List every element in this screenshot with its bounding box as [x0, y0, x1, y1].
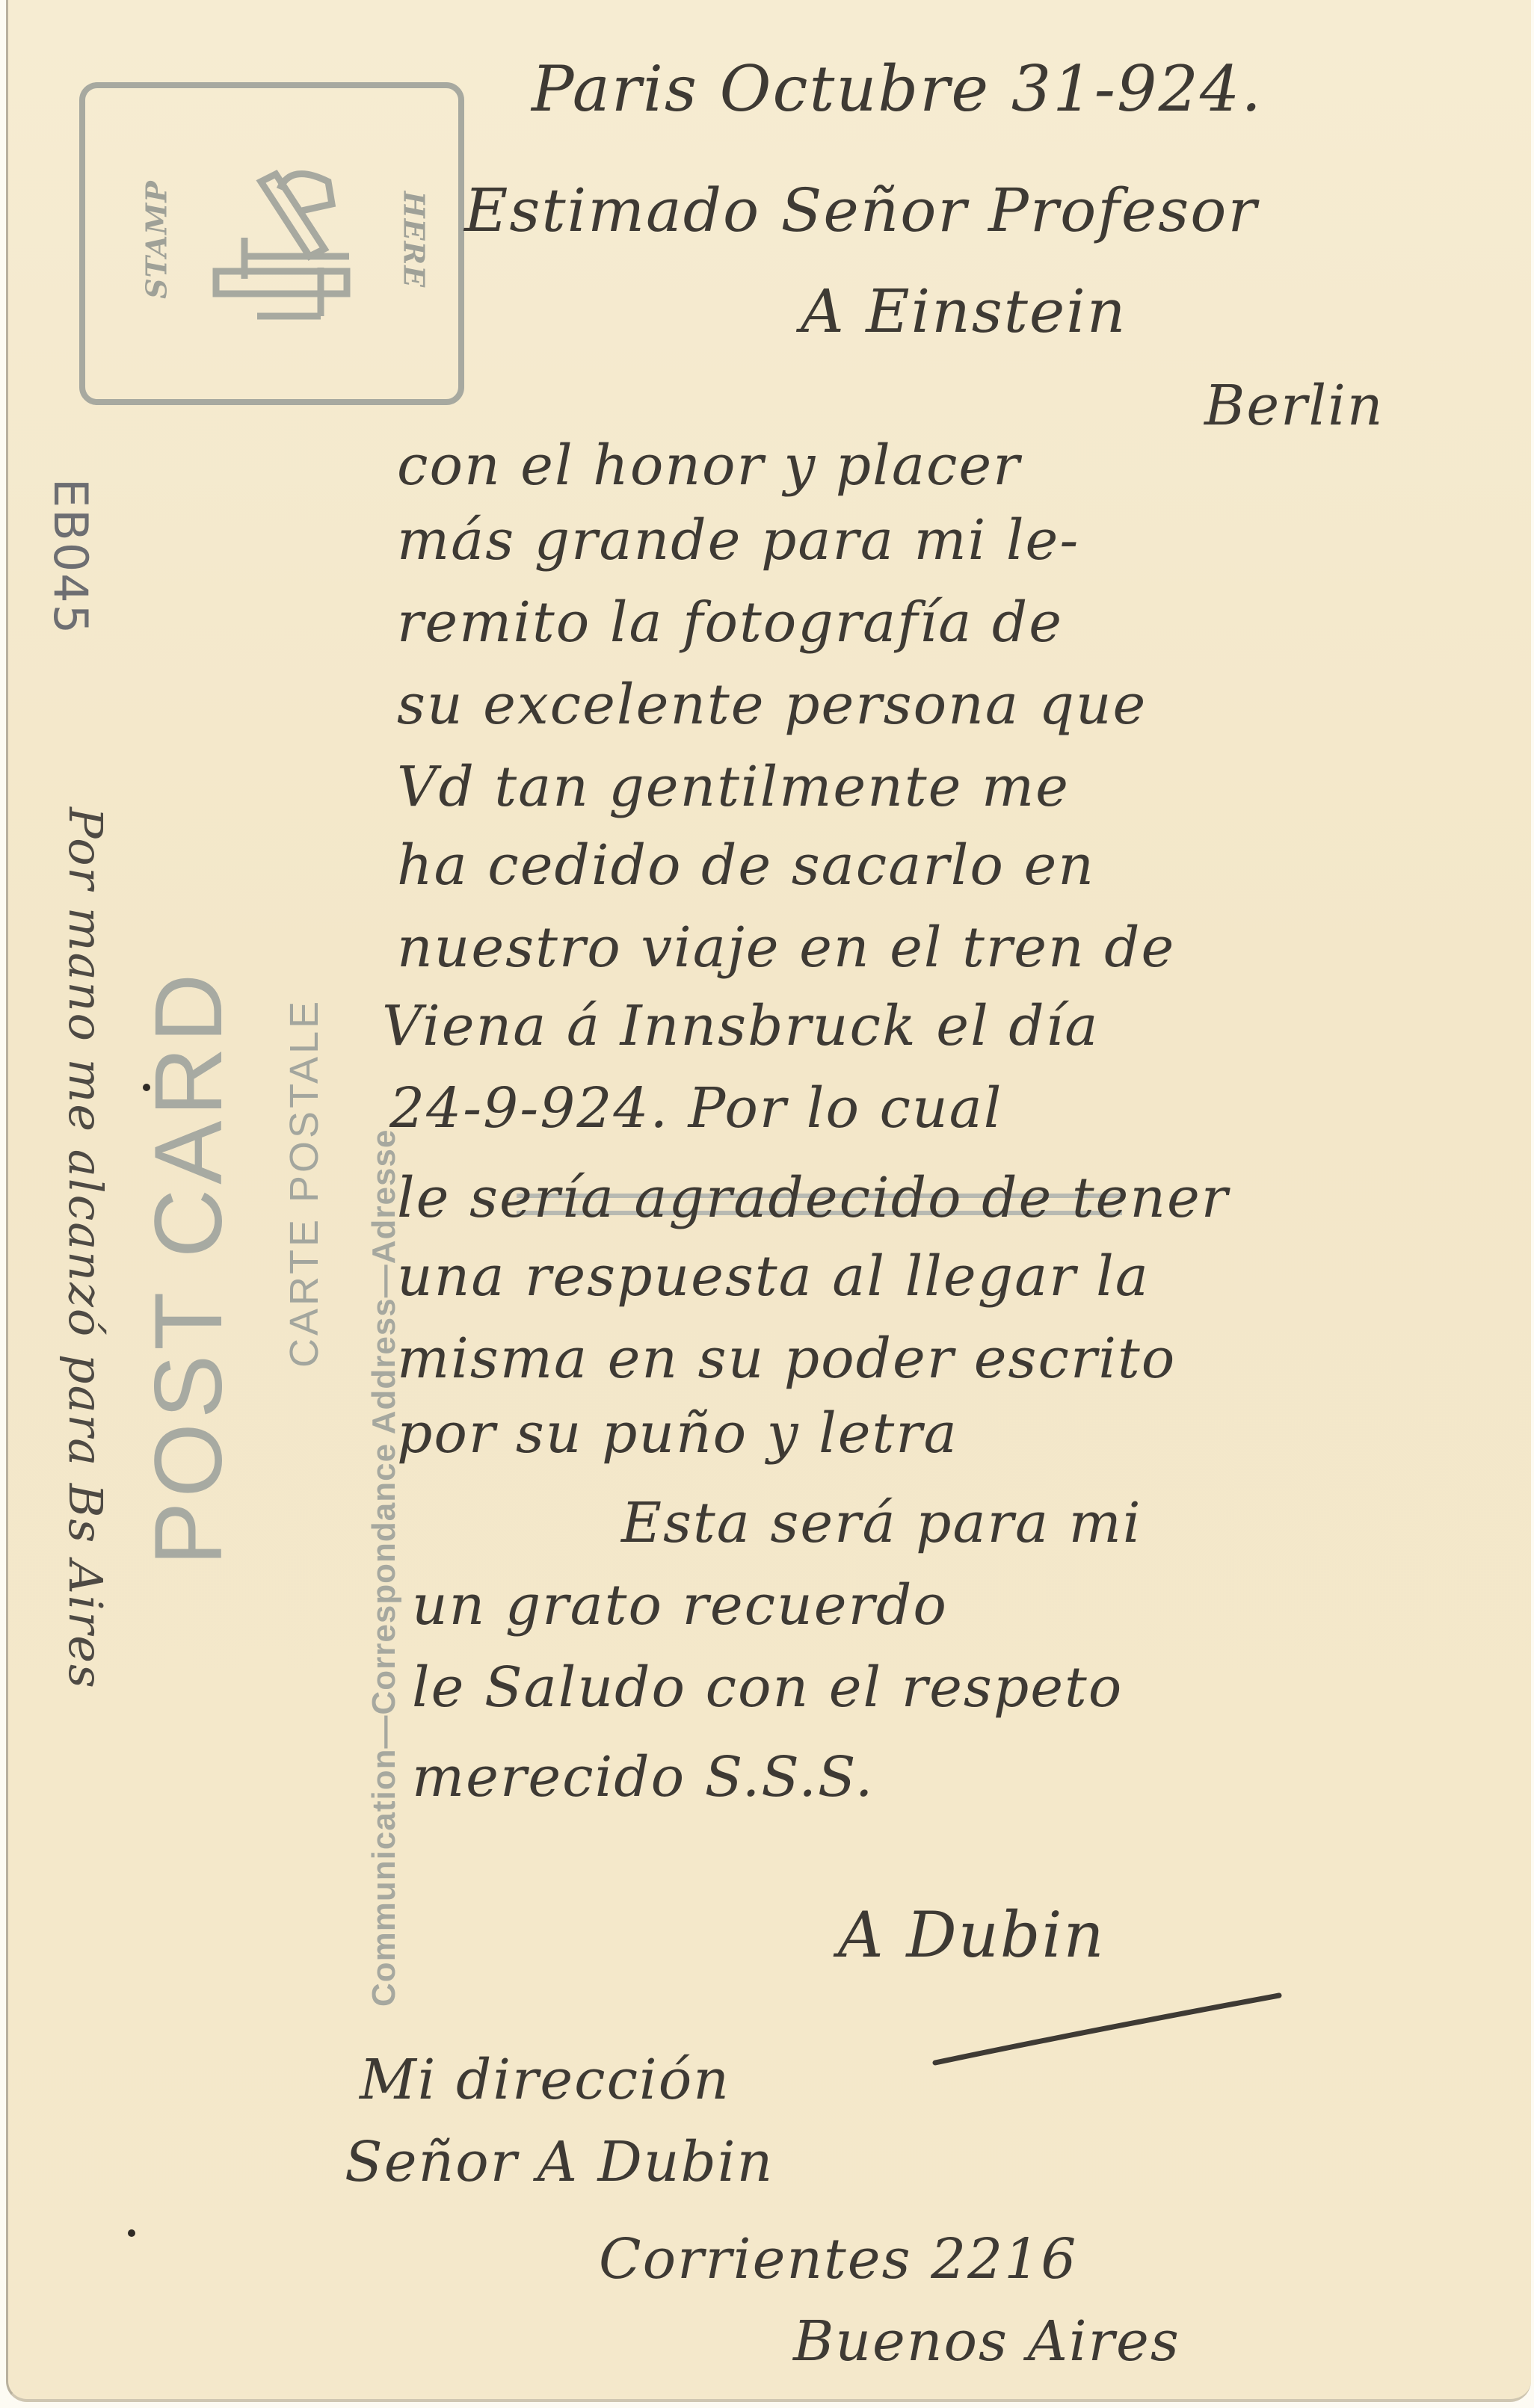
recipient-city: Berlin	[1204, 374, 1384, 438]
letter-line: remito la fotografía de	[397, 590, 1063, 655]
address-line: Buenos Aires	[793, 2309, 1180, 2374]
publisher-monogram-icon	[179, 159, 366, 331]
stamp-box: STAMP HERE	[79, 82, 464, 405]
letter-line: por su puño y letra	[397, 1401, 958, 1466]
letter-line: ha cedido de sacarlo en	[397, 833, 1095, 898]
margin-note: Por mano me alcanzó para Bs Aires	[58, 807, 113, 1690]
ink-dot	[143, 1084, 150, 1091]
letter-line: le sería agradecido de tener	[397, 1166, 1229, 1230]
letter-line: Viena á Innsbruck el día	[382, 994, 1099, 1058]
letter-line: más grande para mi le-	[397, 508, 1079, 572]
postcard-back: STAMP HERE POST CARD CARTE POSTALE Commu…	[6, 0, 1531, 2402]
letter-line: un grato recuerdo	[412, 1573, 948, 1637]
letter-line: con el honor y placer	[397, 433, 1021, 498]
dateline: Paris Octubre 31-924.	[532, 52, 1263, 126]
letter-line: Vd tan gentilmente me	[397, 755, 1070, 819]
letter-line: Esta será para mi	[621, 1491, 1142, 1555]
stamp-label: HERE	[398, 180, 431, 300]
letter-line: 24-9-924. Por lo cual	[389, 1076, 1002, 1140]
archive-id: EB045	[43, 478, 98, 635]
address-line: Corrientes 2216	[599, 2227, 1077, 2291]
letter-line: una respuesta al llegar la	[397, 1244, 1150, 1309]
postcard-subtitle: CARTE POSTALE	[281, 998, 327, 1368]
letter-line: su excelente persona que	[397, 673, 1147, 737]
ink-dot	[128, 2229, 135, 2237]
letter-line: le Saludo con el respeto	[412, 1655, 1123, 1720]
salutation: Estimado Señor Profesor	[464, 176, 1258, 245]
recipient-name: A Einstein	[801, 277, 1127, 346]
signature: A Dubin	[838, 1898, 1106, 1972]
letter-line: merecido S.S.S.	[412, 1745, 874, 1809]
signature-flourish	[928, 1988, 1287, 2078]
address-label: Mi dirección	[360, 2048, 730, 2112]
address-line: Señor A Dubin	[345, 2130, 774, 2194]
postcard-title: POST CARD	[134, 969, 244, 1566]
stamp-label: STAMP	[140, 173, 173, 307]
letter-line: misma en su poder escrito	[397, 1327, 1176, 1391]
letter-line: nuestro viaje en el tren de	[397, 916, 1175, 980]
